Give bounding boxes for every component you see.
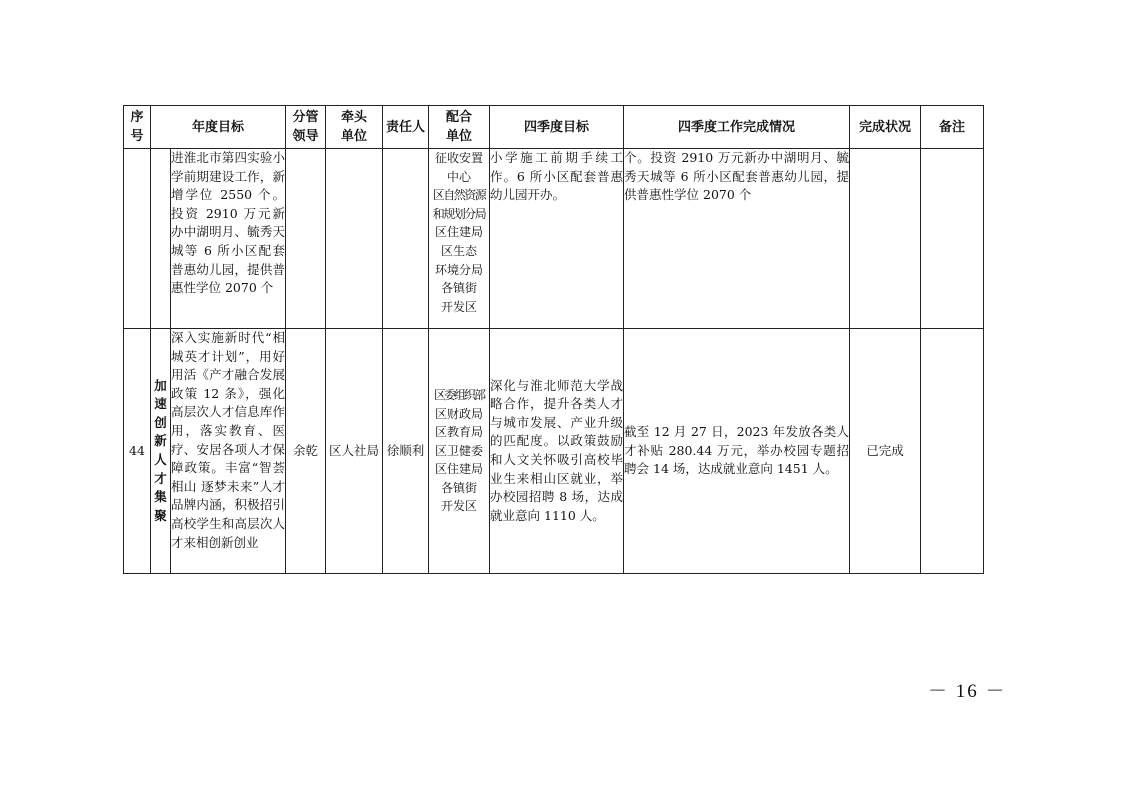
cell-status: 已完成 xyxy=(850,329,921,574)
cell-status xyxy=(850,149,921,329)
page-number: － 16 － xyxy=(928,676,1007,703)
coop-unit: 区生态 xyxy=(429,242,489,261)
coop-unit: 区住建局 xyxy=(429,460,489,479)
cell-lead-unit: 区人社局 xyxy=(326,329,383,574)
cell-leader: 余乾 xyxy=(286,329,326,574)
header-status: 完成状况 xyxy=(850,106,921,149)
cell-q4-progress: 个。投资 2910 万元新办中湖明月、毓秀天城等 6 所小区配套普惠幼儿园，提供… xyxy=(624,149,850,329)
work-progress-table: 序号 年度目标 分管领导 牵头单位 责任人 配合单位 四季度目标 四季度工作完成… xyxy=(123,105,984,574)
coop-unit: 开发区 xyxy=(429,298,489,317)
header-annual-goal: 年度目标 xyxy=(151,106,286,149)
header-row: 序号 年度目标 分管领导 牵头单位 责任人 配合单位 四季度目标 四季度工作完成… xyxy=(124,106,984,149)
cell-responsible xyxy=(383,149,429,329)
header-lead-unit: 牵头单位 xyxy=(326,106,383,149)
coop-unit: 征收安置 xyxy=(429,149,489,168)
coop-unit: 区自然资源 xyxy=(429,186,489,205)
cell-remarks xyxy=(921,149,984,329)
cell-seq: 44 xyxy=(124,329,151,574)
cell-annual-goal: 进淮北市第四实验小学前期建设工作，新增学位 2550 个。投资 2910 万元新… xyxy=(171,149,286,329)
table-row: 44 加 速 创 新 人 才 集 聚 深入实施新时代“相城英才计划”，用好用活《… xyxy=(124,329,984,574)
cell-q4-goal: 深化与淮北师范大学战略合作，提升各类人才与城市发展、产业升级的匹配度。以政策鼓励… xyxy=(490,329,624,574)
cell-lead-unit xyxy=(326,149,383,329)
header-leader: 分管领导 xyxy=(286,106,326,149)
cell-leader xyxy=(286,149,326,329)
coop-unit: 区委组织部 xyxy=(429,386,489,405)
coop-unit: 环境分局 xyxy=(429,261,489,280)
cell-coop-units: 征收安置 中心 区自然资源 和规划分局 区住建局 区生态 环境分局 各镇街 开发… xyxy=(429,149,490,329)
coop-unit: 区卫健委 xyxy=(429,442,489,461)
coop-unit: 各镇街 xyxy=(429,479,489,498)
header-coop-unit: 配合单位 xyxy=(429,106,490,149)
header-q4-goal: 四季度目标 xyxy=(490,106,624,149)
cell-q4-goal: 小学施工前期手续工作。6 所小区配套普惠幼儿园开办。 xyxy=(490,149,624,329)
coop-unit: 各镇街 xyxy=(429,279,489,298)
cell-responsible: 徐顺利 xyxy=(383,329,429,574)
cell-q4-progress: 截至 12 月 27 日，2023 年发放各类人才补贴 280.44 万元，举办… xyxy=(624,329,850,574)
coop-unit: 和规划分局 xyxy=(429,205,489,224)
cell-annual-goal: 深入实施新时代“相城英才计划”，用好用活《产才融合发展政策 12 条》，强化高层… xyxy=(171,329,286,574)
coop-unit: 区财政局 xyxy=(429,405,489,424)
header-seq: 序号 xyxy=(124,106,151,149)
header-q4-progress: 四季度工作完成情况 xyxy=(624,106,850,149)
cell-seq xyxy=(124,149,151,329)
coop-unit: 区教育局 xyxy=(429,423,489,442)
cell-remarks xyxy=(921,329,984,574)
cell-category xyxy=(151,149,171,329)
cell-category: 加 速 创 新 人 才 集 聚 xyxy=(151,329,171,574)
coop-unit: 中心 xyxy=(429,168,489,187)
table-row: 进淮北市第四实验小学前期建设工作，新增学位 2550 个。投资 2910 万元新… xyxy=(124,149,984,329)
coop-unit: 区住建局 xyxy=(429,223,489,242)
cell-coop-units: 区委组织部 区财政局 区教育局 区卫健委 区住建局 各镇街 开发区 xyxy=(429,329,490,574)
header-remarks: 备注 xyxy=(921,106,984,149)
header-responsible: 责任人 xyxy=(383,106,429,149)
coop-unit: 开发区 xyxy=(429,497,489,516)
